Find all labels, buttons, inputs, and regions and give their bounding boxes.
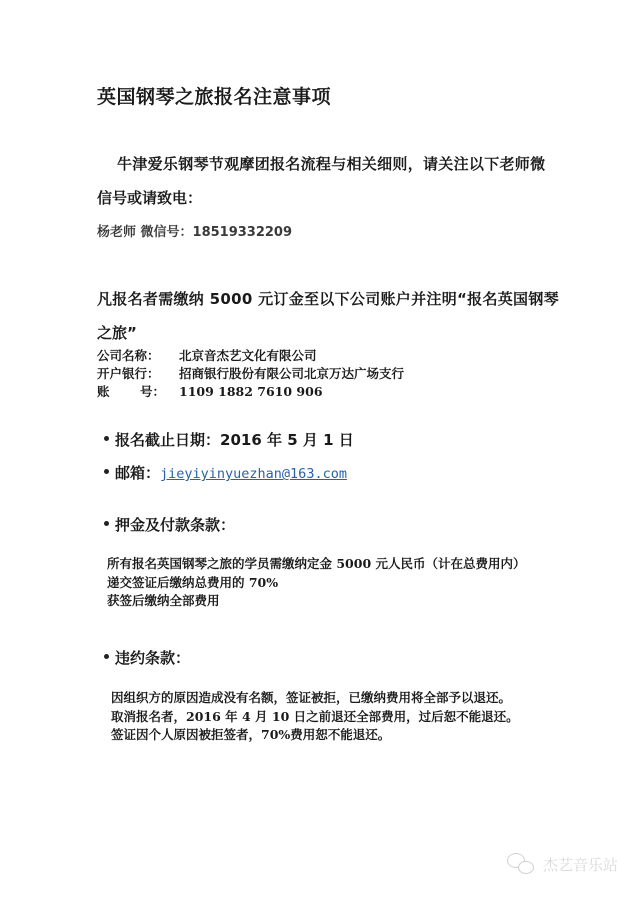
email-label: 邮箱： — [115, 464, 160, 482]
intro-line-1: 牛津爱乐钢琴节观摩团报名流程与相关细则，请关注以下老师微 — [117, 153, 545, 174]
company-name-label: 公司名称： — [97, 346, 179, 364]
breach-term-1: 因组织方的原因造成没有名额，签证被拒，已缴纳费用将全部予以退还。 — [111, 688, 511, 706]
breach-term-3: 签证因个人原因被拒签者，70%费用恕不能退还。 — [111, 725, 390, 743]
payment-term-2: 递交签证后缴纳总费用的 70% — [107, 573, 278, 591]
company-name-value: 北京音杰艺文化有限公司 — [179, 348, 317, 363]
account-number-value: 1109 1882 7610 906 — [179, 384, 323, 399]
breach-term-2: 取消报名者，2016 年 4 月 10 日之前退还全部费用，过后恕不能退还。 — [111, 707, 519, 725]
deadline-item: 报名截止日期：2016 年 5 月 1 日 — [104, 429, 354, 450]
account-number-label: 账 号： — [97, 382, 179, 400]
account-number-row: 账 号：1109 1882 7610 906 — [97, 382, 323, 400]
email-link[interactable]: jieyiyinyuezhan@163.com — [160, 466, 347, 482]
watermark-text: 杰艺音乐站 — [543, 854, 618, 875]
payment-terms-heading-text: 押金及付款条款： — [115, 516, 235, 534]
deposit-notice-line-2: 之旅” — [97, 322, 137, 343]
breach-terms-heading: 违约条款： — [104, 647, 190, 668]
bank-label: 开户银行： — [97, 364, 179, 382]
bullet-icon — [104, 654, 109, 659]
bullet-icon — [104, 436, 109, 441]
payment-term-3: 获签后缴纳全部费用 — [107, 591, 220, 609]
payment-term-1: 所有报名英国钢琴之旅的学员需缴纳定金 5000 元人民币（计在总费用内） — [107, 554, 526, 572]
watermark: 杰艺音乐站 — [507, 853, 618, 875]
deadline-label: 报名截止日期： — [115, 431, 220, 449]
payment-terms-heading: 押金及付款条款： — [104, 514, 235, 535]
intro-line-2: 信号或请致电： — [97, 187, 202, 208]
document-title: 英国钢琴之旅报名注意事项 — [97, 82, 331, 109]
bank-value: 招商银行股份有限公司北京万达广场支行 — [179, 366, 404, 381]
deposit-notice-line-1: 凡报名者需缴纳 5000 元订金至以下公司账户并注明“报名英国钢琴 — [97, 288, 559, 309]
bullet-icon — [104, 521, 109, 526]
deadline-value: 2016 年 5 月 1 日 — [220, 431, 354, 449]
email-item: 邮箱：jieyiyinyuezhan@163.com — [104, 462, 347, 483]
bullet-icon — [104, 469, 109, 474]
bank-row: 开户银行：招商银行股份有限公司北京万达广场支行 — [97, 364, 404, 382]
teacher-contact: 杨老师 微信号：18519332209 — [97, 221, 292, 240]
breach-terms-heading-text: 违约条款： — [115, 649, 190, 667]
wechat-icon — [507, 853, 537, 875]
company-name-row: 公司名称：北京音杰艺文化有限公司 — [97, 346, 317, 364]
